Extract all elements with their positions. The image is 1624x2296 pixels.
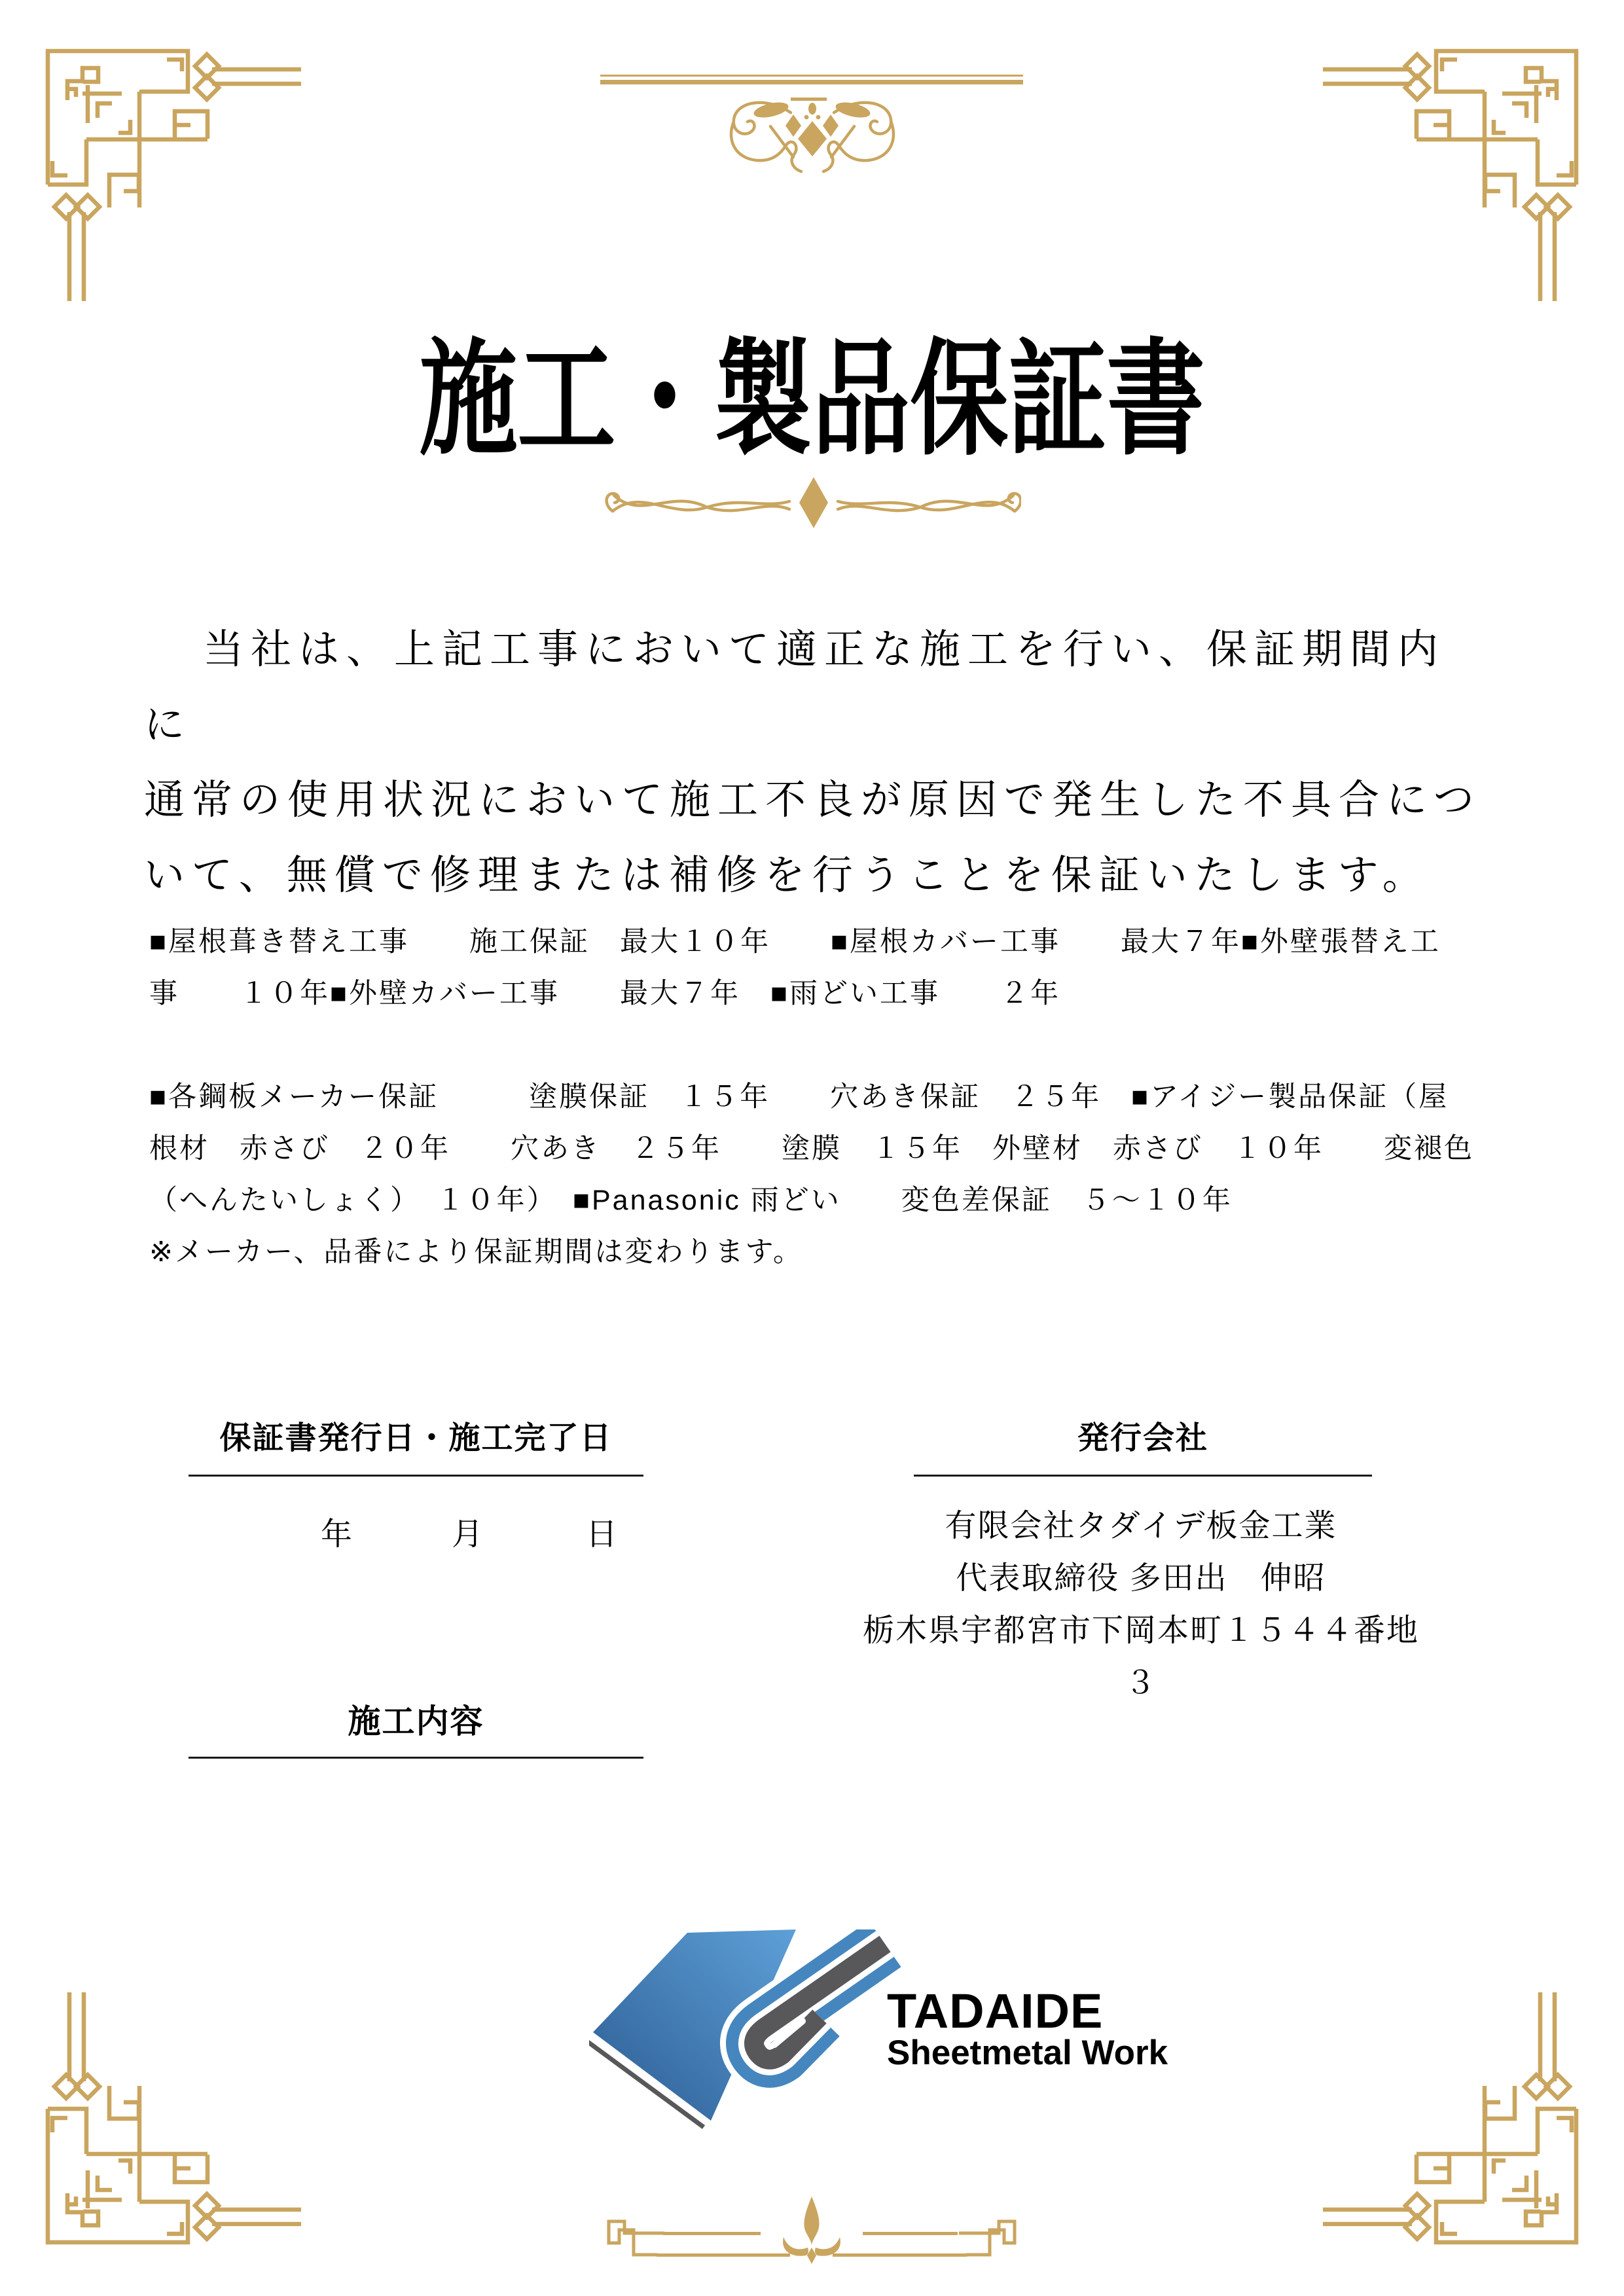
page-title: 施工・製品保証書 bbox=[0, 298, 1624, 478]
logo-subtitle: Sheetmetal Work bbox=[887, 2033, 1168, 2073]
work-content-underline bbox=[189, 1757, 643, 1759]
top-flourish-ornament-icon bbox=[694, 89, 929, 213]
logo-wordmark: TADAIDE bbox=[887, 1983, 1103, 2039]
construction-warranty-list: ■屋根葺き替え工事 施工保証 最大１０年 ■屋根カバー工事 最大７年■外壁張替え… bbox=[149, 916, 1485, 1020]
issue-date-underline bbox=[189, 1475, 643, 1477]
top-rule-thick bbox=[600, 80, 1023, 84]
product-warranty-list: ■各鋼板メーカー保証 塗膜保証 １５年 穴あき保証 ２５年 ■アイジー製品保証（… bbox=[149, 1071, 1485, 1278]
product-warranty-line: （へんたいしょく） １０年） ■Panasonic 雨どい 変色差保証 ５～１０… bbox=[149, 1175, 1485, 1227]
issuer-details: 有限会社タダイデ板金工業 代表取締役 多田出 伸昭 栃木県宇都宮市下岡本町１５４… bbox=[853, 1500, 1429, 1710]
warranty-statement-line: 通常の使用状況において施工不良が原因で発生した不具合につ bbox=[144, 762, 1492, 838]
day-label: 日 bbox=[586, 1509, 617, 1554]
product-warranty-note: ※メーカー、品番により保証期間は変わります。 bbox=[149, 1227, 1485, 1278]
issuer-address: 栃木県宇都宮市下岡本町１５４４番地３ bbox=[853, 1605, 1429, 1710]
year-label: 年 bbox=[321, 1509, 352, 1554]
month-label: 月 bbox=[452, 1509, 483, 1554]
issuer-heading: 発行会社 bbox=[914, 1412, 1372, 1458]
corner-ornament-bottom-right-icon bbox=[1316, 1986, 1598, 2267]
issue-date-heading: 保証書発行日・施工完了日 bbox=[189, 1412, 643, 1458]
top-rule-thin bbox=[600, 75, 1023, 77]
issuer-company-name: 有限会社タダイデ板金工業 bbox=[853, 1500, 1429, 1552]
issuer-representative: 代表取締役 多田出 伸昭 bbox=[853, 1552, 1429, 1605]
warranty-statement-line: いて、無償で修理または補修を行うことを保証いたします。 bbox=[144, 838, 1492, 913]
company-logo: TADAIDE Sheetmetal Work bbox=[589, 1929, 1139, 2139]
warranty-certificate-page: 施工・製品保証書 当社は、上記工事において適正な施工を行い、保証期間内に 通常の… bbox=[0, 0, 1624, 2296]
construction-warranty-line: ■屋根葺き替え工事 施工保証 最大１０年 ■屋根カバー工事 最大７年■外壁張替え… bbox=[149, 916, 1485, 968]
corner-ornament-top-right-icon bbox=[1316, 26, 1598, 308]
corner-ornament-top-left-icon bbox=[26, 26, 308, 308]
folded-sheetmetal-logo-icon bbox=[589, 1929, 916, 2129]
corner-ornament-bottom-left-icon bbox=[26, 1986, 308, 2267]
construction-warranty-line: 事 １０年■外壁カバー工事 最大７年 ■雨どい工事 ２年 bbox=[149, 968, 1485, 1020]
bottom-border-ornament-icon bbox=[602, 2193, 1021, 2268]
warranty-statement: 当社は、上記工事において適正な施工を行い、保証期間内に 通常の使用状況において施… bbox=[144, 612, 1492, 913]
work-content-heading: 施工内容 bbox=[189, 1695, 643, 1742]
product-warranty-line: 根材 赤さび ２０年 穴あき ２５年 塗膜 １５年 外壁材 赤さび １０年 変褪… bbox=[149, 1123, 1485, 1175]
title-divider-ornament-icon bbox=[602, 473, 1021, 532]
product-warranty-line: ■各鋼板メーカー保証 塗膜保証 １５年 穴あき保証 ２５年 ■アイジー製品保証（… bbox=[149, 1071, 1485, 1123]
warranty-statement-line: 当社は、上記工事において適正な施工を行い、保証期間内に bbox=[144, 612, 1492, 762]
issuer-underline bbox=[914, 1475, 1372, 1477]
